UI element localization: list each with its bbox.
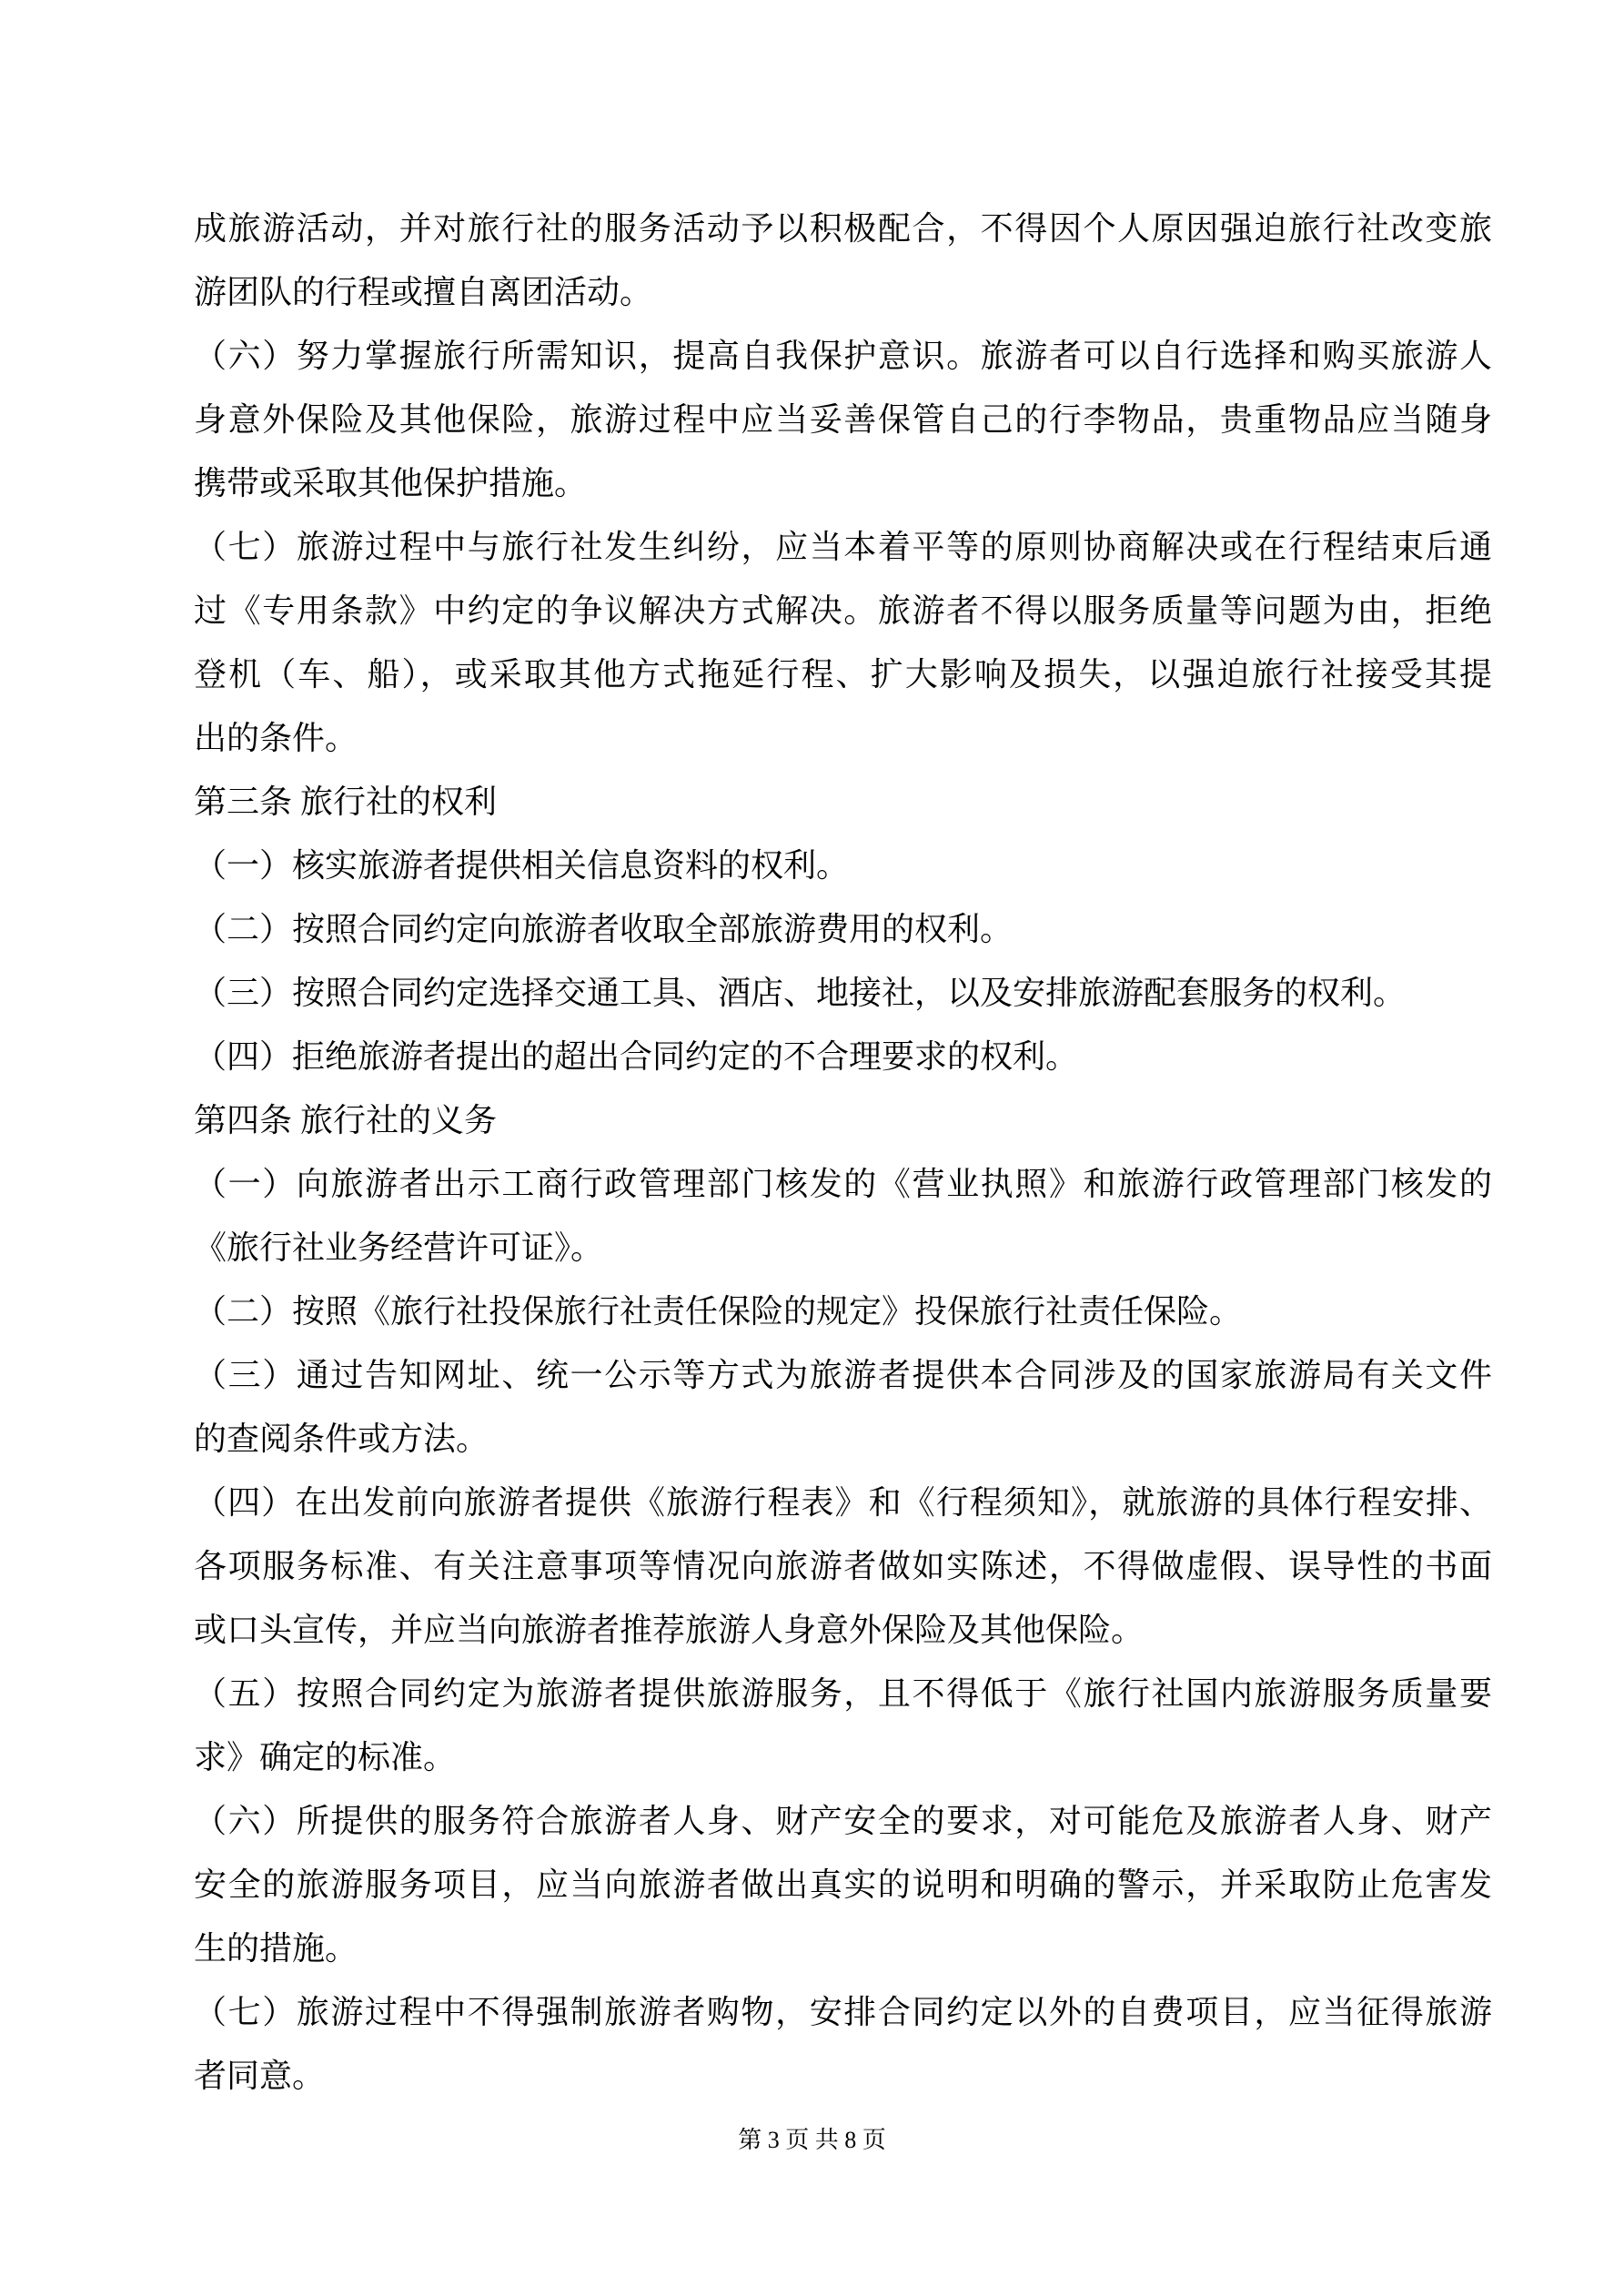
text-line: （三）按照合同约定选择交通工具、酒店、地接社，以及安排旅游配套服务的权利。: [194, 961, 1492, 1025]
text-line: 游团队的行程或擅自离团活动。: [194, 260, 1492, 324]
text-line: 身意外保险及其他保险，旅游过程中应当妥善保管自己的行李物品，贵重物品应当随身: [194, 388, 1492, 451]
text-line: （四）在出发前向旅游者提供《旅游行程表》和《行程须知》，就旅游的具体行程安排、: [194, 1471, 1492, 1534]
text-line: 第三条 旅行社的权利: [194, 770, 1492, 834]
text-line: （二）按照《旅行社投保旅行社责任保险的规定》投保旅行社责任保险。: [194, 1279, 1492, 1343]
page-footer: 第 3 页 共 8 页: [0, 2123, 1624, 2158]
text-line: （三）通过告知网址、统一公示等方式为旅游者提供本合同涉及的国家旅游局有关文件: [194, 1343, 1492, 1407]
text-line: 的查阅条件或方法。: [194, 1407, 1492, 1471]
text-line: 或口头宣传，并应当向旅游者推荐旅游人身意外保险及其他保险。: [194, 1598, 1492, 1662]
document-page: 成旅游活动，并对旅行社的服务活动予以积极配合，不得因个人原因强迫旅行社改变旅游团…: [0, 0, 1624, 2296]
text-line: 者同意。: [194, 2044, 1492, 2108]
text-line: 出的条件。: [194, 706, 1492, 770]
text-line: 成旅游活动，并对旅行社的服务活动予以积极配合，不得因个人原因强迫旅行社改变旅: [194, 197, 1492, 260]
text-line: 安全的旅游服务项目，应当向旅游者做出真实的说明和明确的警示，并采取防止危害发: [194, 1853, 1492, 1917]
text-line: （六）所提供的服务符合旅游者人身、财产安全的要求，对可能危及旅游者人身、财产: [194, 1789, 1492, 1853]
text-line: （四）拒绝旅游者提出的超出合同约定的不合理要求的权利。: [194, 1025, 1492, 1088]
text-line: 求》确定的标准。: [194, 1725, 1492, 1789]
text-line: （五）按照合同约定为旅游者提供旅游服务，且不得低于《旅行社国内旅游服务质量要: [194, 1662, 1492, 1725]
text-line: （二）按照合同约定向旅游者收取全部旅游费用的权利。: [194, 897, 1492, 961]
text-line: 过《专用条款》中约定的争议解决方式解决。旅游者不得以服务质量等问题为由，拒绝: [194, 579, 1492, 642]
text-line: 携带或采取其他保护措施。: [194, 451, 1492, 515]
text-line: 第四条 旅行社的义务: [194, 1088, 1492, 1152]
document-body: 成旅游活动，并对旅行社的服务活动予以积极配合，不得因个人原因强迫旅行社改变旅游团…: [194, 197, 1492, 2108]
text-line: （六）努力掌握旅行所需知识，提高自我保护意识。旅游者可以自行选择和购买旅游人: [194, 324, 1492, 388]
text-line: 各项服务标准、有关注意事项等情况向旅游者做如实陈述，不得做虚假、误导性的书面: [194, 1534, 1492, 1598]
text-line: （一）向旅游者出示工商行政管理部门核发的《营业执照》和旅游行政管理部门核发的: [194, 1152, 1492, 1216]
text-line: （一）核实旅游者提供相关信息资料的权利。: [194, 834, 1492, 897]
text-line: （七）旅游过程中与旅行社发生纠纷，应当本着平等的原则协商解决或在行程结束后通: [194, 515, 1492, 579]
text-line: （七）旅游过程中不得强制旅游者购物，安排合同约定以外的自费项目，应当征得旅游: [194, 1980, 1492, 2044]
text-line: 《旅行社业务经营许可证》。: [194, 1216, 1492, 1279]
text-line: 生的措施。: [194, 1917, 1492, 1980]
text-line: 登机（车、船），或采取其他方式拖延行程、扩大影响及损失，以强迫旅行社接受其提: [194, 642, 1492, 706]
